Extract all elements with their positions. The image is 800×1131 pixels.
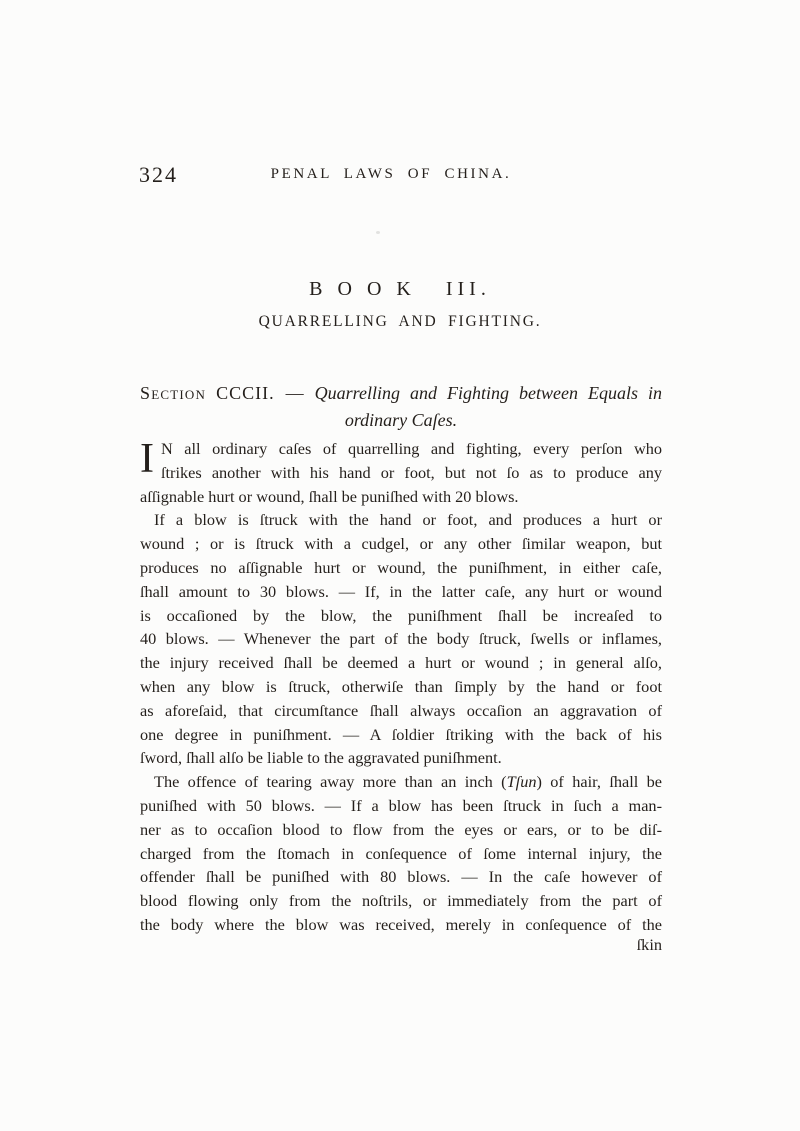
book-page: 324 PENAL LAWS OF CHINA. B O O K III. QU…	[0, 0, 800, 1131]
dropcap-initial: I	[140, 439, 154, 479]
text-line: one degree in puniſhment. — A ſoldier ſt…	[140, 723, 662, 747]
tsun-italic-term: Tſun	[507, 772, 537, 791]
section-heading-line1: Section CCCII. — Quarrelling and Fightin…	[140, 380, 662, 406]
text-line: If a blow is ſtruck with the hand or foo…	[140, 508, 662, 532]
section-label: Section	[140, 383, 206, 403]
book-heading: B O O K III.	[0, 278, 800, 301]
paragraph-1: I N all ordinary caſes of quarrelling an…	[140, 437, 662, 508]
text-line: is occaſioned by the blow, the puniſhmen…	[140, 604, 662, 628]
paragraph-2: If a blow is ſtruck with the hand or foo…	[140, 508, 662, 770]
text-line: aſſignable hurt or wound, ſhall be puniſ…	[140, 485, 662, 509]
text-line: puniſhed with 50 blows. — If a blow has …	[140, 794, 662, 818]
text-line: blood flowing only from the noſtrils, or…	[140, 889, 662, 913]
text-line: as aforeſaid, that circumſtance ſhall al…	[140, 699, 662, 723]
text-line: 40 blows. — Whenever the part of the bod…	[140, 627, 662, 651]
text-line: ner as to occaſion blood to flow from th…	[140, 818, 662, 842]
text-line: ſhall amount to 30 blows. — If, in the l…	[140, 580, 662, 604]
section-title-line1: Quarrelling and Fighting between Equals …	[315, 383, 662, 403]
text-line: produces no aſſignable hurt or wound, th…	[140, 556, 662, 580]
text-line: the injury received ſhall be deemed a hu…	[140, 651, 662, 675]
text-line: offender ſhall be puniſhed with 80 blows…	[140, 865, 662, 889]
text-line: N all ordinary caſes of quarrelling and …	[140, 437, 662, 461]
text-line: wound ; or is ſtruck with a cudgel, or a…	[140, 532, 662, 556]
running-title: PENAL LAWS OF CHINA.	[0, 166, 782, 183]
text-line: when any blow is ſtruck, otherwiſe than …	[140, 675, 662, 699]
text-line: the body where the blow was received, me…	[140, 913, 662, 937]
running-header: 324 PENAL LAWS OF CHINA.	[0, 160, 800, 190]
text-line: The offence of tearing away more than an…	[140, 770, 662, 794]
body-text: I N all ordinary caſes of quarrelling an…	[140, 437, 662, 957]
scan-speck	[376, 231, 380, 234]
section-heading: Section CCCII. — Quarrelling and Fightin…	[140, 380, 662, 433]
text-line: charged from the ſtomach in conſequence …	[140, 842, 662, 866]
text-segment: ) of hair, ſhall be	[536, 772, 662, 791]
text-line: ſtrikes another with his hand or foot, b…	[140, 461, 662, 485]
book-subheading: QUARRELLING AND FIGHTING.	[0, 313, 800, 331]
paragraph-3: The offence of tearing away more than an…	[140, 770, 662, 937]
text-line: ſword, ſhall alſo be liable to the aggra…	[140, 746, 662, 770]
text-segment: The offence of tearing away more than an…	[154, 772, 507, 791]
section-number: CCCII. —	[216, 383, 305, 403]
section-title-line2: ordinary Caſes.	[140, 407, 662, 433]
